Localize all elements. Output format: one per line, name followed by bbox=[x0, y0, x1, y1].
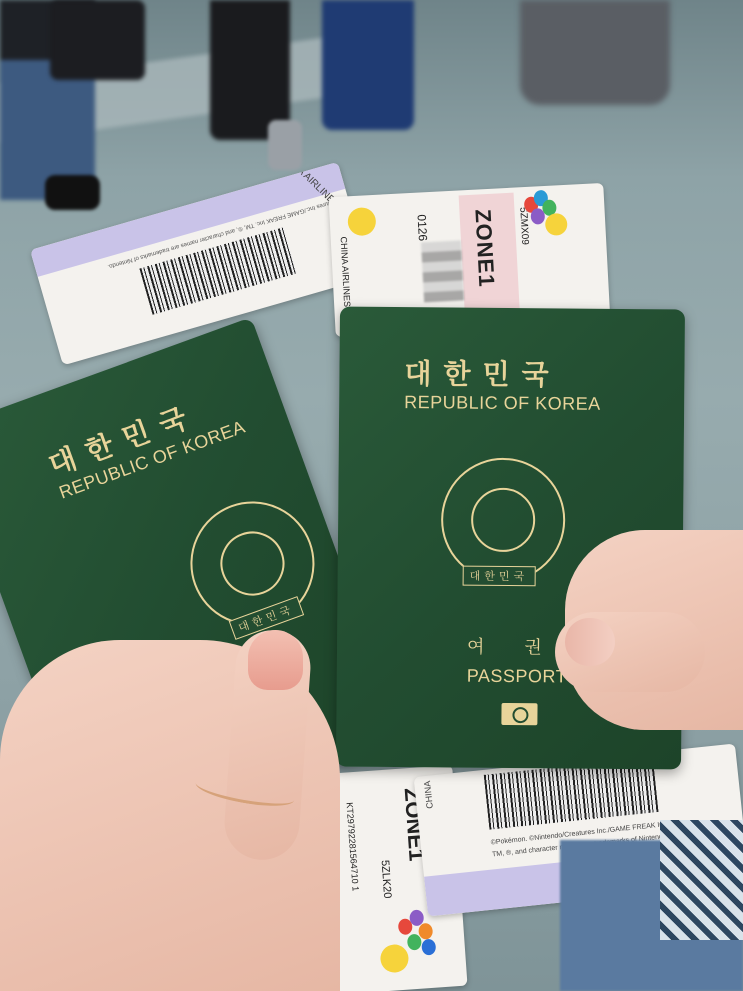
airport-scene: ©Pokémon. ©Nintendo/Creatures Inc./GAME … bbox=[0, 0, 743, 991]
country-name-english: REPUBLIC OF KOREA bbox=[404, 392, 601, 415]
airline-name: CHINA bbox=[422, 780, 435, 809]
emblem-label: 대한민국 bbox=[463, 566, 536, 587]
sneaker bbox=[268, 120, 302, 170]
backpack bbox=[50, 0, 145, 80]
airline-name: CHINA AIRLINES bbox=[339, 236, 353, 307]
seated-person-middle bbox=[210, 0, 290, 140]
blue-suitcase bbox=[322, 0, 414, 130]
pikachu-icon bbox=[347, 207, 376, 236]
national-emblem-icon bbox=[441, 457, 566, 582]
booking-code: 5ZLK20 bbox=[379, 860, 394, 899]
serial-number: KT29792281564710 1 bbox=[344, 802, 360, 892]
pikachu-icon bbox=[545, 213, 568, 236]
blurred-name bbox=[421, 240, 464, 302]
thumbnail bbox=[565, 618, 615, 666]
sneaker bbox=[45, 175, 100, 210]
country-name-korean: 대한민국 bbox=[404, 352, 561, 393]
booking-code: 5ZMX09 bbox=[517, 207, 530, 245]
walking-person bbox=[520, 0, 670, 105]
plaid-shirt bbox=[660, 820, 743, 940]
thumbnail bbox=[248, 630, 303, 690]
pikachu-icon bbox=[380, 944, 410, 974]
document-type-english: PASSPORT bbox=[467, 666, 568, 688]
zone-label: ZONE1 bbox=[469, 209, 499, 289]
flight-number: 0126 bbox=[415, 214, 430, 241]
biometric-chip-icon bbox=[501, 703, 537, 725]
